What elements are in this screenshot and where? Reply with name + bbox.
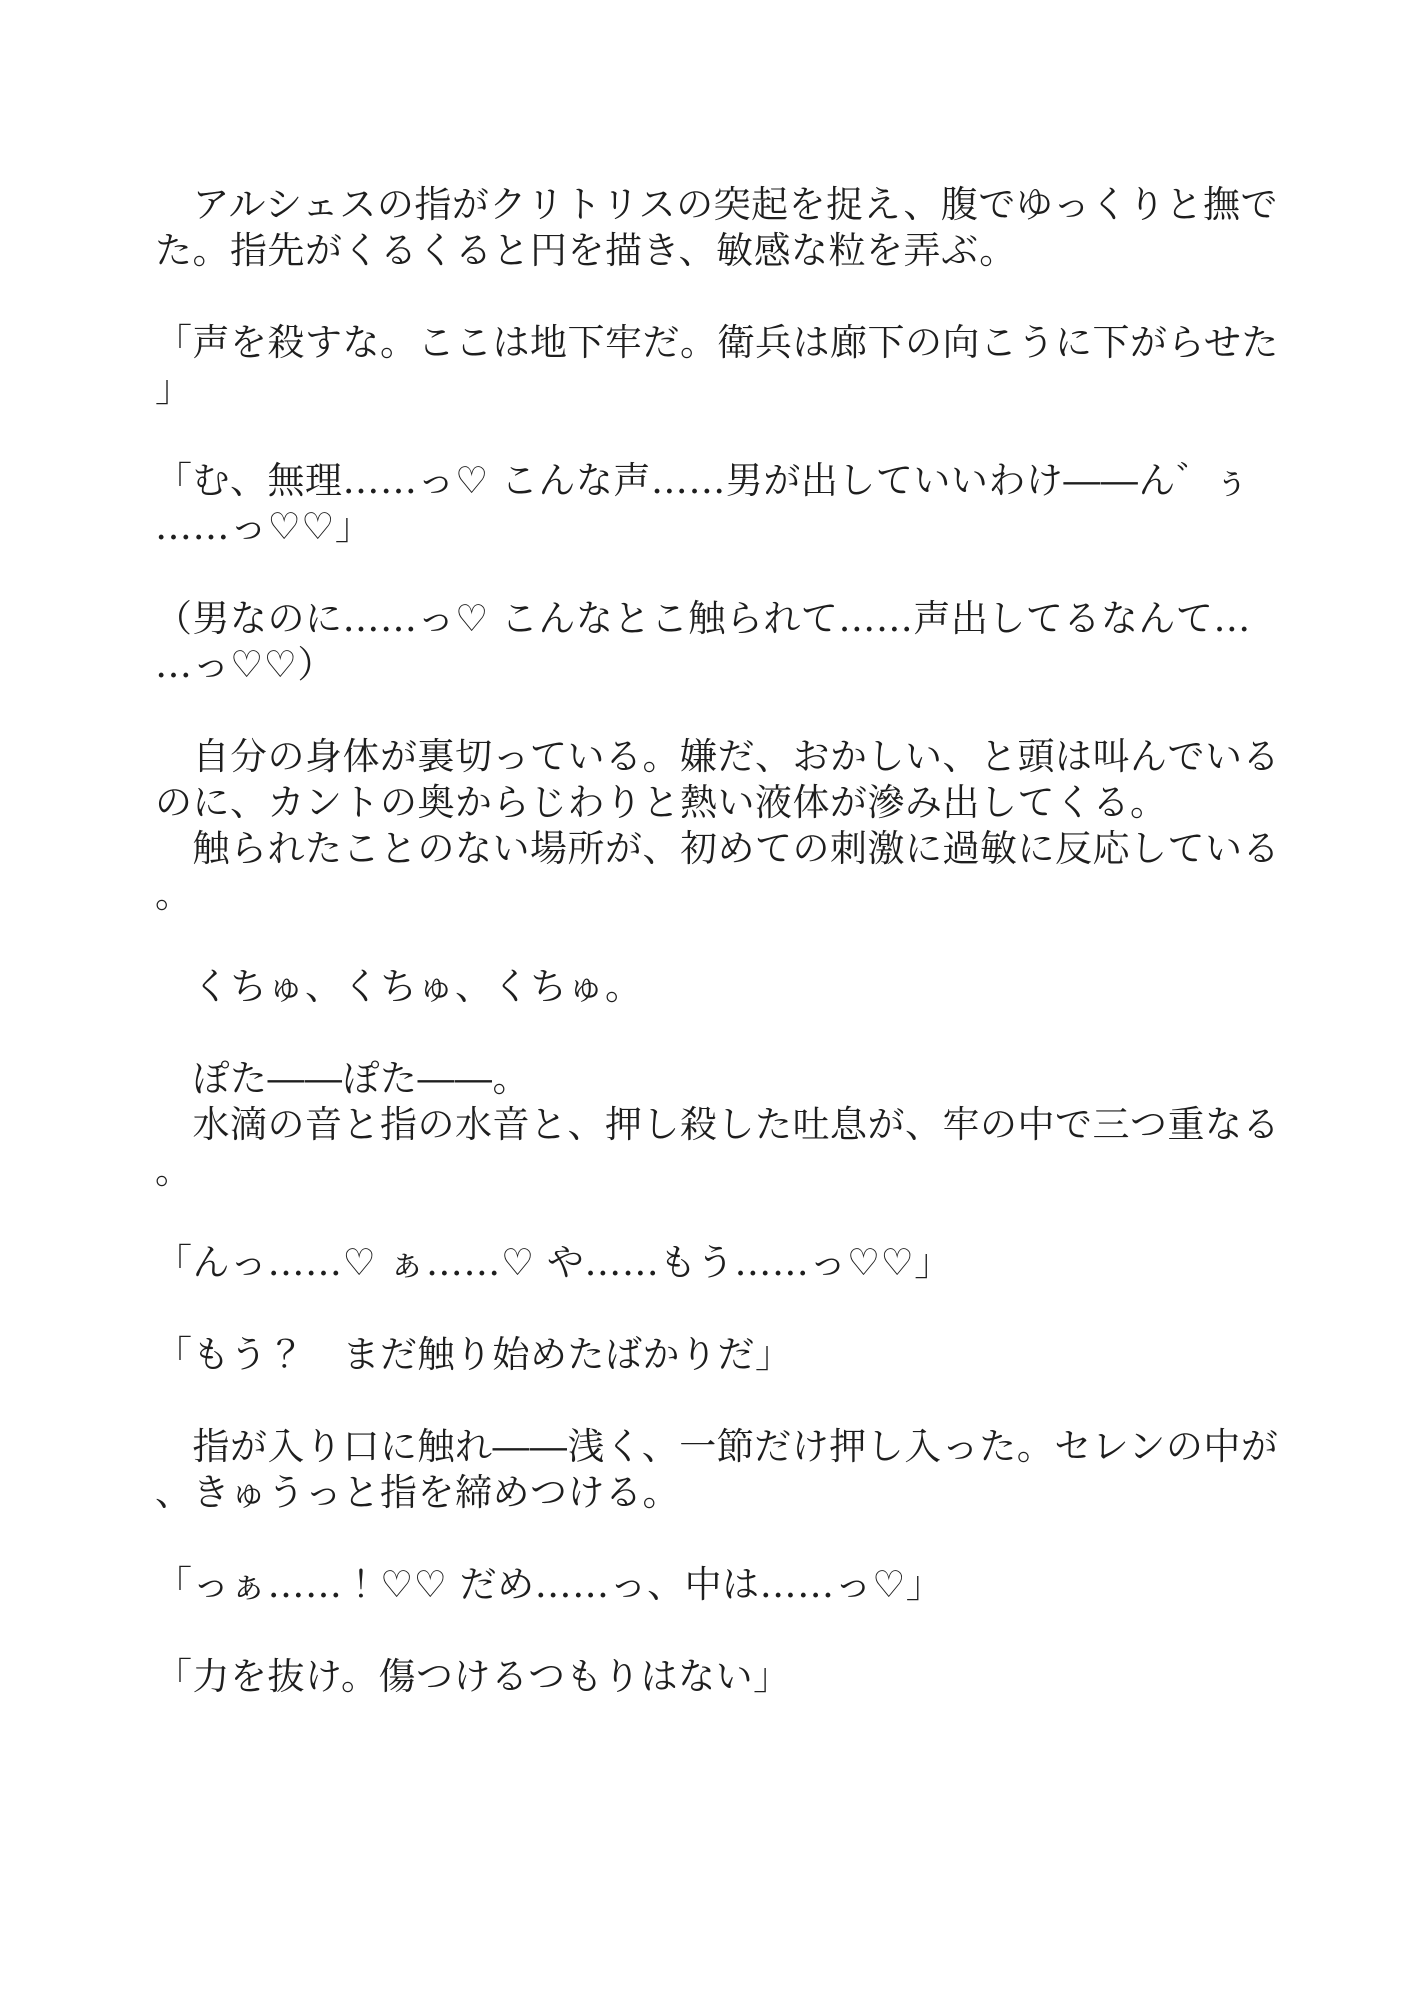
text-line: （男なのに……っ♡ こんなとこ触られて……声出してるなんて… [155,596,1267,642]
text-line: 「んっ……♡ ぁ……♡ や……もう……っ♡♡」 [155,1240,1267,1286]
text-line: アルシェスの指がクリトリスの突起を捉え、腹でゆっくりと撫で [155,182,1267,228]
novel-text-page: アルシェスの指がクリトリスの突起を捉え、腹でゆっくりと撫でた。指先がくるくると円… [0,0,1415,2000]
text-line: た。指先がくるくると円を描き、敏感な粒を弄ぶ。 [155,228,1267,274]
paragraph: （男なのに……っ♡ こんなとこ触られて……声出してるなんて……っ♡♡） [155,596,1267,688]
paragraph: 「声を殺すな。ここは地下牢だ。衛兵は廊下の向こうに下がらせた」 [155,320,1267,412]
text-line: 自分の身体が裏切っている。嫌だ、おかしい、と頭は叫んでいる [155,734,1267,780]
text-line: 「む、無理……っ♡ こんな声……男が出していいわけ――ん゛ぅ [155,458,1267,504]
paragraph: 指が入り口に触れ――浅く、一節だけ押し入った。セレンの中が、きゅうっと指を締めつ… [155,1424,1267,1516]
text-line: 「力を抜け。傷つけるつもりはない」 [155,1654,1267,1700]
paragraph: くちゅ、くちゅ、くちゅ。 [155,964,1267,1010]
text-line: 指が入り口に触れ――浅く、一節だけ押し入った。セレンの中が [155,1424,1267,1470]
text-line: 」 [155,366,1267,412]
paragraph: 「んっ……♡ ぁ……♡ や……もう……っ♡♡」 [155,1240,1267,1286]
text-line: …っ♡♡） [155,642,1267,688]
paragraph: 自分の身体が裏切っている。嫌だ、おかしい、と頭は叫んでいるのに、カントの奥からじ… [155,734,1267,918]
paragraph: 「む、無理……っ♡ こんな声……男が出していいわけ――ん゛ぅ……っ♡♡」 [155,458,1267,550]
text-line: 「っぁ……！♡♡ だめ……っ、中は……っ♡」 [155,1562,1267,1608]
text-line: くちゅ、くちゅ、くちゅ。 [155,964,1267,1010]
text-line: 。 [155,1148,1267,1194]
text-line: 、きゅうっと指を締めつける。 [155,1470,1267,1516]
paragraph: 「もう？ まだ触り始めたばかりだ」 [155,1332,1267,1378]
paragraph: ぽた――ぽた――。 水滴の音と指の水音と、押し殺した吐息が、牢の中で三つ重なる。 [155,1056,1267,1194]
text-line: ……っ♡♡」 [155,504,1267,550]
paragraph: アルシェスの指がクリトリスの突起を捉え、腹でゆっくりと撫でた。指先がくるくると円… [155,182,1267,274]
text-line: ぽた――ぽた――。 [155,1056,1267,1102]
text-line: のに、カントの奥からじわりと熱い液体が滲み出してくる。 [155,780,1267,826]
text-line: 水滴の音と指の水音と、押し殺した吐息が、牢の中で三つ重なる [155,1102,1267,1148]
text-line: 「もう？ まだ触り始めたばかりだ」 [155,1332,1267,1378]
paragraph: 「っぁ……！♡♡ だめ……っ、中は……っ♡」 [155,1562,1267,1608]
paragraph: 「力を抜け。傷つけるつもりはない」 [155,1654,1267,1700]
text-line: 「声を殺すな。ここは地下牢だ。衛兵は廊下の向こうに下がらせた [155,320,1267,366]
text-line: 触られたことのない場所が、初めての刺激に過敏に反応している [155,826,1267,872]
text-line: 。 [155,872,1267,918]
